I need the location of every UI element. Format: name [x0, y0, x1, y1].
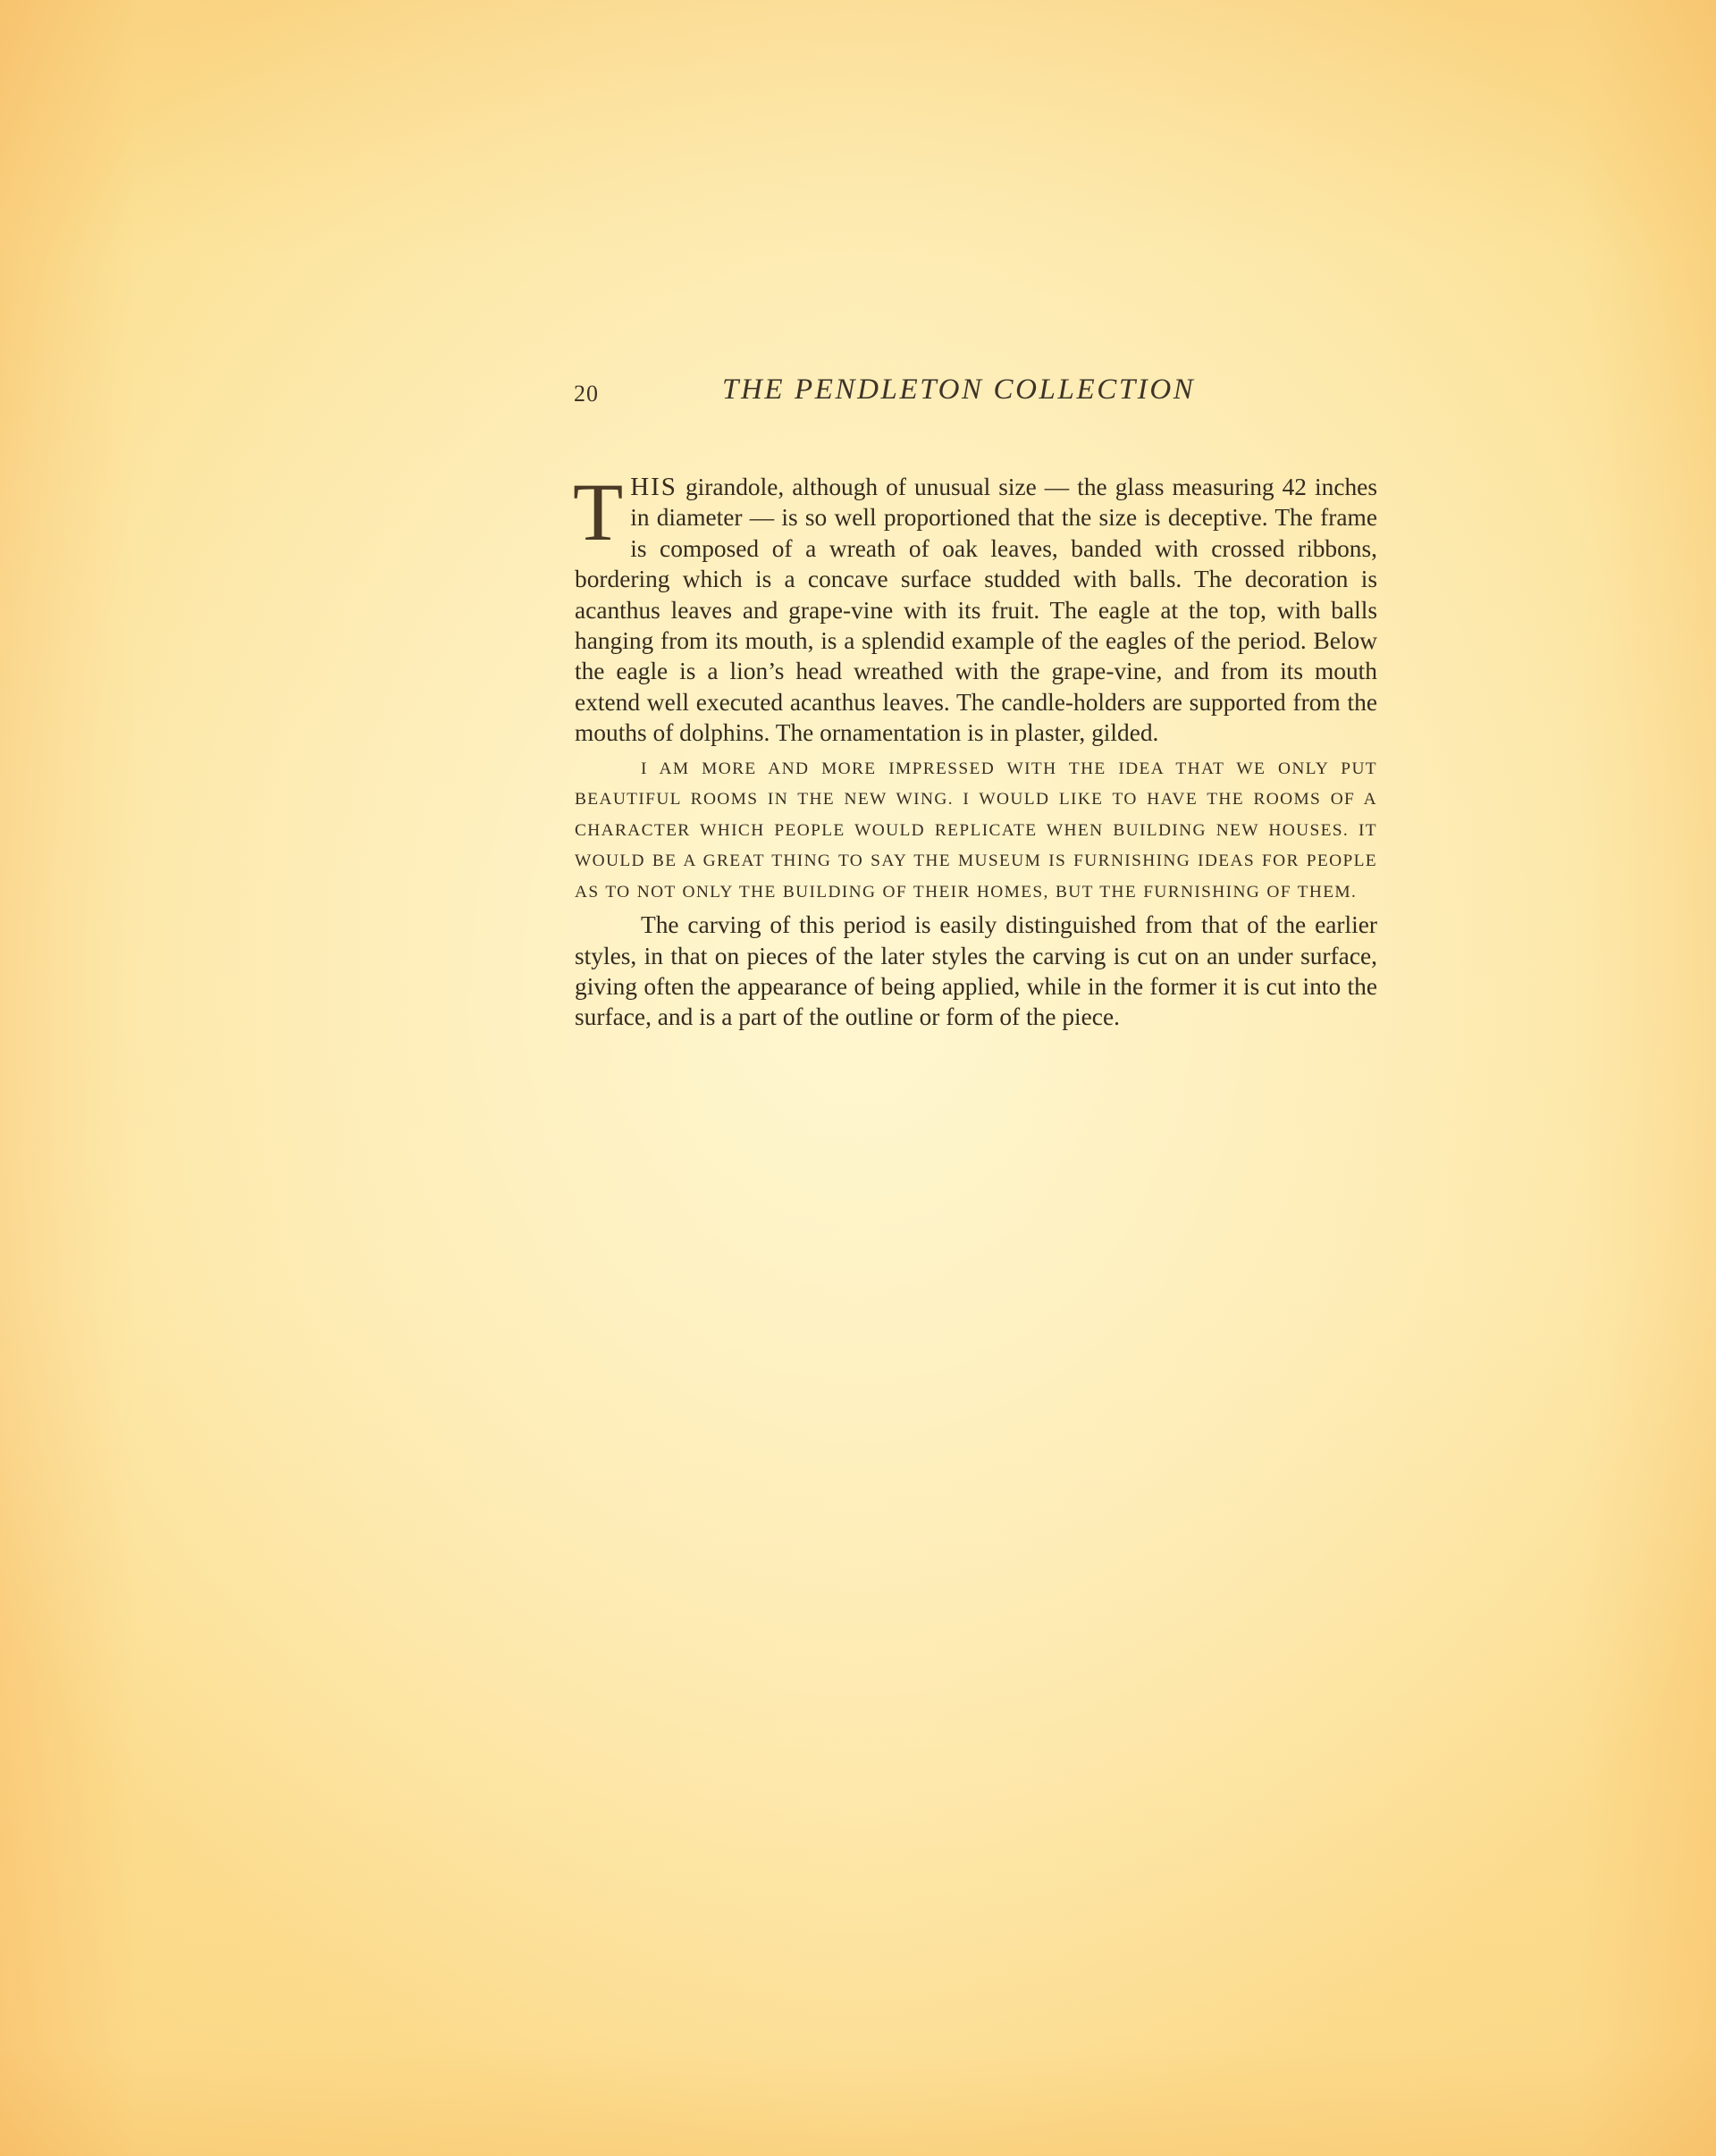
body-text: THIS girandole, although of unusual size… [575, 472, 1377, 1033]
page-number: 20 [574, 381, 599, 407]
page-header: 20 THE PENDLETON COLLECTION [574, 373, 1378, 413]
running-title: THE PENDLETON COLLECTION [722, 373, 1195, 407]
paragraph-carving-period: The carving of this period is easily dis… [575, 910, 1377, 1033]
paragraph-1-text: girandole, although of unusual size — th… [575, 474, 1377, 746]
paragraph-museum-quote: I AM MORE AND MORE IMPRESSED WITH THE ID… [575, 754, 1377, 909]
paragraph-girandole-description: THIS girandole, although of unusual size… [575, 472, 1377, 749]
lead-caps: HIS [630, 473, 677, 501]
drop-cap: T [573, 482, 623, 545]
